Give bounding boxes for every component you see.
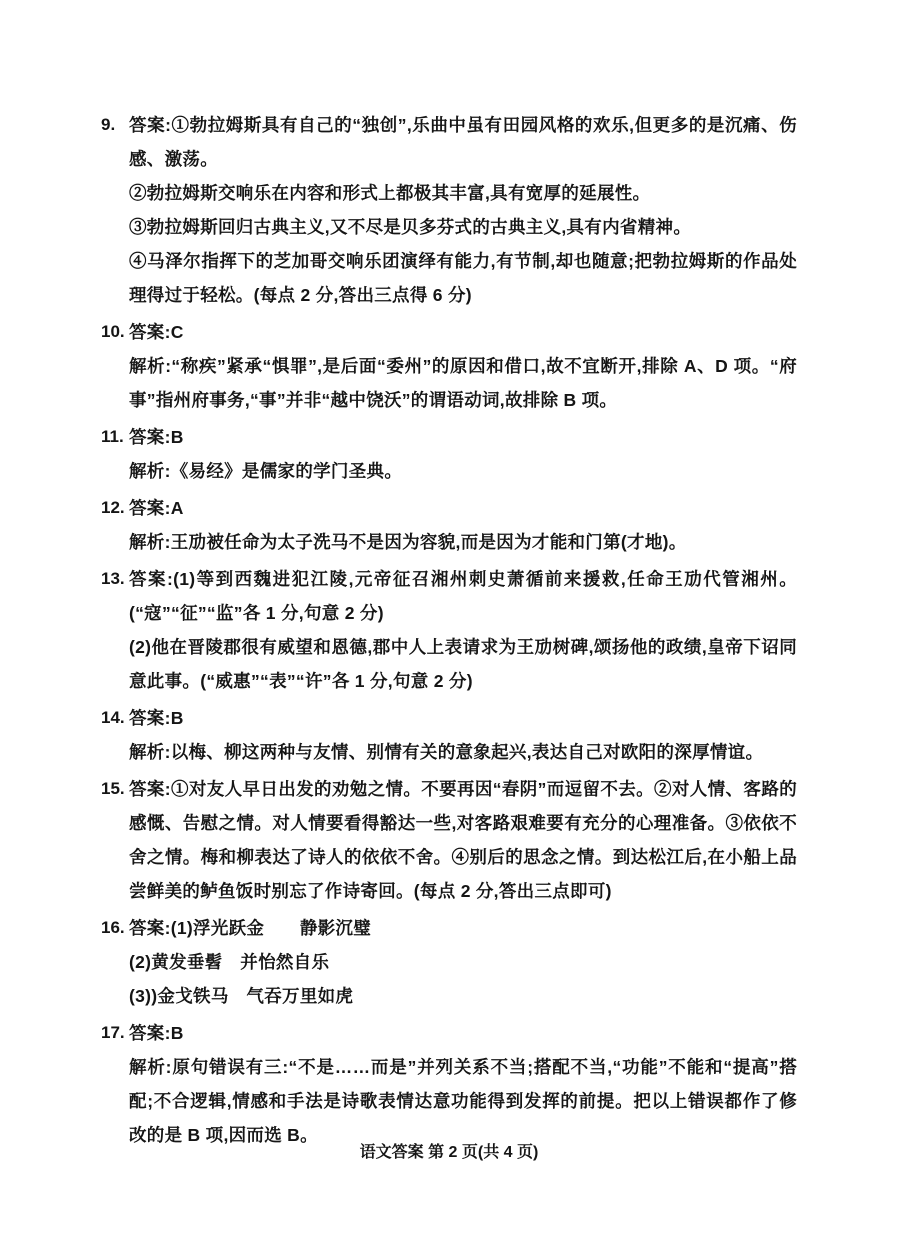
answer-content: 9. 答案:①勃拉姆斯具有自己的“独创”,乐曲中虽有田园风格的欢乐,但更多的是沉…	[105, 108, 797, 1155]
answer-paragraph: 答案:①对友人早日出发的劝勉之情。不要再因“春阴”而逗留不去。②对人情、客路的感…	[129, 772, 797, 908]
answer-paragraph: 答案:B	[129, 701, 797, 735]
answer-paragraph: ②勃拉姆斯交响乐在内容和形式上都极其丰富,具有宽厚的延展性。	[129, 176, 797, 210]
answer-item-10: 10. 答案:C 解析:“称疾”紧承“惧罪”,是后面“委州”的原因和借口,故不宜…	[105, 315, 797, 417]
answer-sheet-page: 9. 答案:①勃拉姆斯具有自己的“独创”,乐曲中虽有田园风格的欢乐,但更多的是沉…	[0, 0, 898, 1253]
answer-paragraph: (2)黄发垂髫 并怡然自乐	[129, 945, 797, 979]
answer-paragraph: 答案:①勃拉姆斯具有自己的“独创”,乐曲中虽有田园风格的欢乐,但更多的是沉痛、伤…	[129, 108, 797, 176]
answer-paragraph: (3))金戈铁马 气吞万里如虎	[129, 979, 797, 1013]
answer-item-12: 12. 答案:A 解析:王劢被任命为太子洗马不是因为容貌,而是因为才能和门第(才…	[105, 491, 797, 559]
answer-item-16: 16. 答案:(1)浮光跃金 静影沉璧 (2)黄发垂髫 并怡然自乐 (3))金戈…	[105, 911, 797, 1013]
answer-item-13: 13. 答案:(1)等到西魏进犯江陵,元帝征召湘州刺史萧循前来援救,任命王劢代管…	[105, 562, 797, 698]
item-number: 10.	[101, 315, 127, 349]
item-number: 15.	[101, 772, 127, 806]
answer-paragraph: ③勃拉姆斯回归古典主义,又不尽是贝多芬式的古典主义,具有内省精神。	[129, 210, 797, 244]
answer-paragraph: (2)他在晋陵郡很有威望和恩德,郡中人上表请求为王劢树碑,颂扬他的政绩,皇帝下诏…	[129, 630, 797, 698]
analysis-paragraph: 解析:《易经》是儒家的学门圣典。	[129, 454, 797, 488]
answer-paragraph: 答案:(1)浮光跃金 静影沉璧	[129, 911, 797, 945]
answer-paragraph: ④马泽尔指挥下的芝加哥交响乐团演绎有能力,有节制,却也随意;把勃拉姆斯的作品处理…	[129, 244, 797, 312]
answer-item-14: 14. 答案:B 解析:以梅、柳这两种与友情、别情有关的意象起兴,表达自己对欧阳…	[105, 701, 797, 769]
analysis-paragraph: 解析:原句错误有三:“不是……而是”并列关系不当;搭配不当,“功能”不能和“提高…	[129, 1050, 797, 1152]
answer-item-11: 11. 答案:B 解析:《易经》是儒家的学门圣典。	[105, 420, 797, 488]
answer-paragraph: 答案:B	[129, 420, 797, 454]
analysis-paragraph: 解析:“称疾”紧承“惧罪”,是后面“委州”的原因和借口,故不宜断开,排除 A、D…	[129, 349, 797, 417]
item-number: 13.	[101, 562, 127, 596]
answer-paragraph: 答案:B	[129, 1016, 797, 1050]
answer-item-9: 9. 答案:①勃拉姆斯具有自己的“独创”,乐曲中虽有田园风格的欢乐,但更多的是沉…	[105, 108, 797, 312]
answer-paragraph: 答案:A	[129, 491, 797, 525]
analysis-paragraph: 解析:王劢被任命为太子洗马不是因为容貌,而是因为才能和门第(才地)。	[129, 525, 797, 559]
item-number: 9.	[101, 108, 127, 142]
answer-paragraph: 答案:(1)等到西魏进犯江陵,元帝征召湘州刺史萧循前来援救,任命王劢代管湘州。(…	[129, 562, 797, 630]
item-number: 16.	[101, 911, 127, 945]
answer-item-17: 17. 答案:B 解析:原句错误有三:“不是……而是”并列关系不当;搭配不当,“…	[105, 1016, 797, 1152]
page-footer: 语文答案 第 2 页(共 4 页)	[0, 1142, 898, 1164]
item-number: 12.	[101, 491, 127, 525]
analysis-paragraph: 解析:以梅、柳这两种与友情、别情有关的意象起兴,表达自己对欧阳的深厚情谊。	[129, 735, 797, 769]
answer-paragraph: 答案:C	[129, 315, 797, 349]
item-number: 14.	[101, 701, 127, 735]
item-number: 11.	[101, 420, 127, 454]
answer-item-15: 15. 答案:①对友人早日出发的劝勉之情。不要再因“春阴”而逗留不去。②对人情、…	[105, 772, 797, 908]
item-number: 17.	[101, 1016, 127, 1050]
